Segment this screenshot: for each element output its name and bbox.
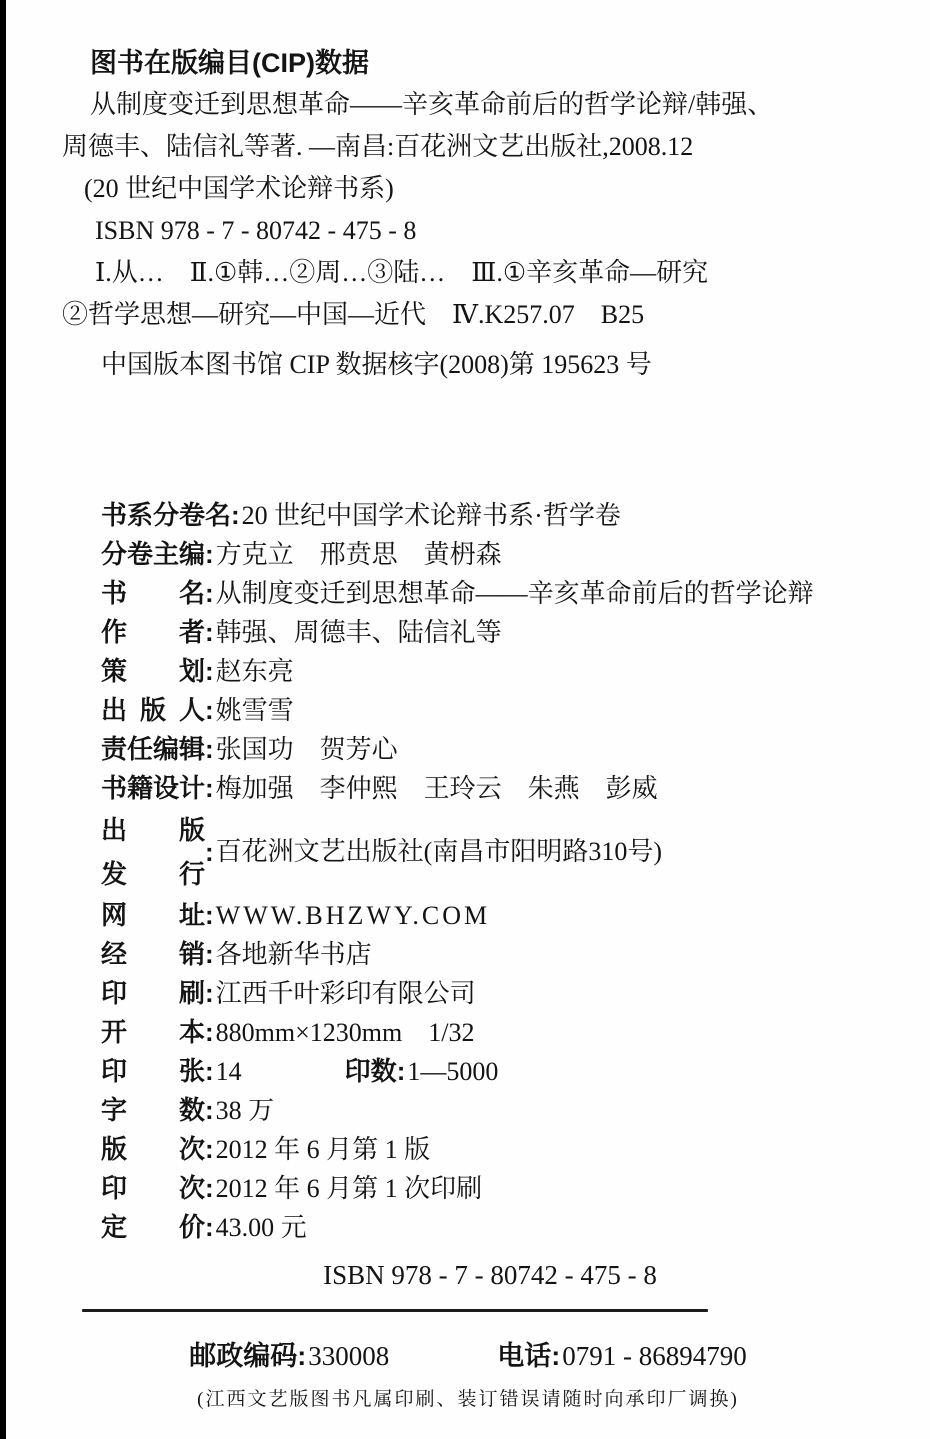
colon: : [205, 617, 216, 647]
colon: : [205, 1173, 216, 1203]
field-label: 印数 [345, 1052, 397, 1091]
field-label: 印次 [101, 1169, 205, 1208]
colon: : [205, 1056, 216, 1086]
field-row-website: 网址:WWW.BHZWY.COM [101, 896, 874, 935]
field-row-word-count: 字数:38 万 [101, 1091, 874, 1130]
colon: : [231, 500, 242, 530]
field-label: 分卷主编 [101, 535, 205, 574]
cip-line: 周德丰、陆信礼等著. —南昌:百花洲文艺出版社,2008.12 [62, 126, 874, 168]
colon: : [551, 1341, 562, 1371]
phone-label: 电话 [497, 1341, 551, 1371]
cip-header: 图书在版编目(CIP)数据 [90, 42, 874, 84]
field-label: 字数 [101, 1091, 205, 1130]
colon: : [205, 900, 216, 930]
postcode-value: 330008 [308, 1341, 389, 1371]
field-value: 江西千叶彩印有限公司 [216, 979, 476, 1008]
field-label: 印张 [101, 1052, 205, 1091]
colon: : [205, 539, 216, 569]
field-label: 书名 [101, 574, 205, 613]
field-value: 880mm×1230mm 1/32 [216, 1018, 475, 1047]
colon: : [205, 978, 216, 1008]
field-value: 2012 年 6 月第 1 次印刷 [216, 1174, 483, 1203]
field-value-url: WWW.BHZWY.COM [216, 901, 490, 930]
copyright-page: 图书在版编目(CIP)数据 从制度变迁到思想革命——辛亥革命前后的哲学论辩/韩强… [0, 0, 930, 1439]
scan-edge-strip [0, 0, 6, 1439]
cip-line: 从制度变迁到思想革命——辛亥革命前后的哲学论辩/韩强、 [90, 84, 874, 126]
field-value: 从制度变迁到思想革命——辛亥革命前后的哲学论辩 [216, 579, 814, 608]
page-content: 图书在版编目(CIP)数据 从制度变迁到思想革命——辛亥革命前后的哲学论辩/韩强… [0, 0, 930, 1414]
field-label: 出版人 [101, 691, 205, 730]
field-row-printing-company: 印刷:江西千叶彩印有限公司 [101, 974, 874, 1013]
cip-record-number: 中国版本图书馆 CIP 数据核字(2008)第 195623 号 [101, 344, 874, 386]
field-row-format: 开本:880mm×1230mm 1/32 [101, 1013, 874, 1052]
phone-value: 0791 - 86894790 [562, 1341, 747, 1371]
field-label: 作者 [101, 613, 205, 652]
field-row-distribution: 经销:各地新华书店 [101, 935, 874, 974]
isbn-line: ISBN 978 - 7 - 80742 - 475 - 8 [62, 1257, 874, 1293]
colon: : [205, 1134, 216, 1164]
colon: : [205, 734, 216, 764]
field-row-publisher-distributor: 出版 发行 : 百花洲文艺出版社(南昌市阳明路310号) [101, 808, 874, 896]
colon: : [397, 1056, 408, 1086]
field-label: 经销 [101, 935, 205, 974]
colon: : [205, 1212, 216, 1242]
field-row-sheets-print-run: 印张:14印数:1—5000 [101, 1052, 874, 1091]
field-row-publisher-person: 出版人:姚雪雪 [101, 691, 874, 730]
field-row-book-title: 书名:从制度变迁到思想革命——辛亥革命前后的哲学论辩 [101, 574, 874, 613]
colon: : [205, 695, 216, 725]
field-label: 出版 [101, 814, 205, 846]
field-value: 38 万 [216, 1096, 275, 1125]
postcode-field: 邮政编码:330008 [189, 1338, 389, 1374]
field-value: 43.00 元 [216, 1213, 307, 1242]
phone-field: 电话:0791 - 86894790 [497, 1338, 747, 1374]
field-row-authors: 作者:韩强、周德丰、陆信礼等 [101, 613, 874, 652]
field-label: 印刷 [101, 974, 205, 1013]
field-row-planner: 策划:赵东亮 [101, 652, 874, 691]
colon: : [205, 1017, 216, 1047]
field-label: 策划 [101, 652, 205, 691]
field-row-series-volume: 书系分卷名:20 世纪中国学术论辩书系·哲学卷 [101, 496, 874, 535]
cip-class-line: ②哲学思想—研究—中国—近代 Ⅳ.K257.07 B25 [62, 294, 874, 336]
field-label: 定价 [101, 1208, 205, 1247]
errata-note: (江西文艺版图书凡属印刷、装订错误请随时向承印厂调换) [62, 1386, 874, 1414]
colon: : [205, 656, 216, 686]
colon: : [205, 578, 216, 608]
field-value: 姚雪雪 [216, 696, 294, 725]
field-label: 开本 [101, 1013, 205, 1052]
colon: : [205, 836, 216, 868]
field-value: 赵东亮 [216, 657, 294, 686]
field-row-volume-editors: 分卷主编:方克立 邢贲思 黄枬森 [101, 535, 874, 574]
cip-block: 图书在版编目(CIP)数据 从制度变迁到思想革命——辛亥革命前后的哲学论辩/韩强… [62, 42, 874, 386]
field-value: 20 世纪中国学术论辩书系·哲学卷 [242, 501, 621, 530]
field-row-edition: 版次:2012 年 6 月第 1 版 [101, 1130, 874, 1169]
field-label: 版次 [101, 1130, 205, 1169]
colon: : [297, 1341, 308, 1371]
cip-class-line: Ⅰ.从… Ⅱ.①韩…②周…③陆… Ⅲ.①辛亥革命—研究 [95, 252, 874, 294]
field-label: 书系分卷名 [101, 496, 231, 535]
field-value: 韩强、周德丰、陆信礼等 [216, 618, 502, 647]
field-value: 方克立 邢贲思 黄枬森 [216, 540, 502, 569]
cip-isbn-line: ISBN 978 - 7 - 80742 - 475 - 8 [95, 210, 874, 252]
field-value: 梅加强 李仲熙 王玲云 朱燕 彭威 [216, 774, 658, 803]
field-label: 责任编辑 [101, 730, 205, 769]
field-label-stack: 出版 发行 [101, 814, 205, 890]
field-row-impression: 印次:2012 年 6 月第 1 次印刷 [101, 1169, 874, 1208]
field-value: 各地新华书店 [216, 940, 372, 969]
colophon: 书系分卷名:20 世纪中国学术论辩书系·哲学卷 分卷主编:方克立 邢贲思 黄枬森… [101, 496, 874, 1247]
field-value: 1—5000 [407, 1057, 498, 1086]
field-label: 网址 [101, 896, 205, 935]
footer: 邮政编码:330008 电话:0791 - 86894790 [62, 1338, 874, 1374]
field-value: 14 [216, 1057, 242, 1086]
divider-rule [82, 1309, 708, 1312]
field-row-book-designers: 书籍设计:梅加强 李仲熙 王玲云 朱燕 彭威 [101, 769, 874, 808]
colon: : [205, 939, 216, 969]
field-row-responsible-editors: 责任编辑:张国功 贺芳心 [101, 730, 874, 769]
colon: : [205, 773, 216, 803]
field-label: 发行 [101, 858, 205, 890]
field-label: 书籍设计 [101, 769, 205, 808]
field-row-price: 定价:43.00 元 [101, 1208, 874, 1247]
cip-line: (20 世纪中国学术论辩书系) [84, 168, 874, 210]
field-value: 百花洲文艺出版社(南昌市阳明路310号) [216, 836, 662, 868]
postcode-label: 邮政编码 [189, 1341, 297, 1371]
field-value: 张国功 贺芳心 [216, 735, 398, 764]
colon: : [205, 1095, 216, 1125]
field-value: 2012 年 6 月第 1 版 [216, 1135, 431, 1164]
